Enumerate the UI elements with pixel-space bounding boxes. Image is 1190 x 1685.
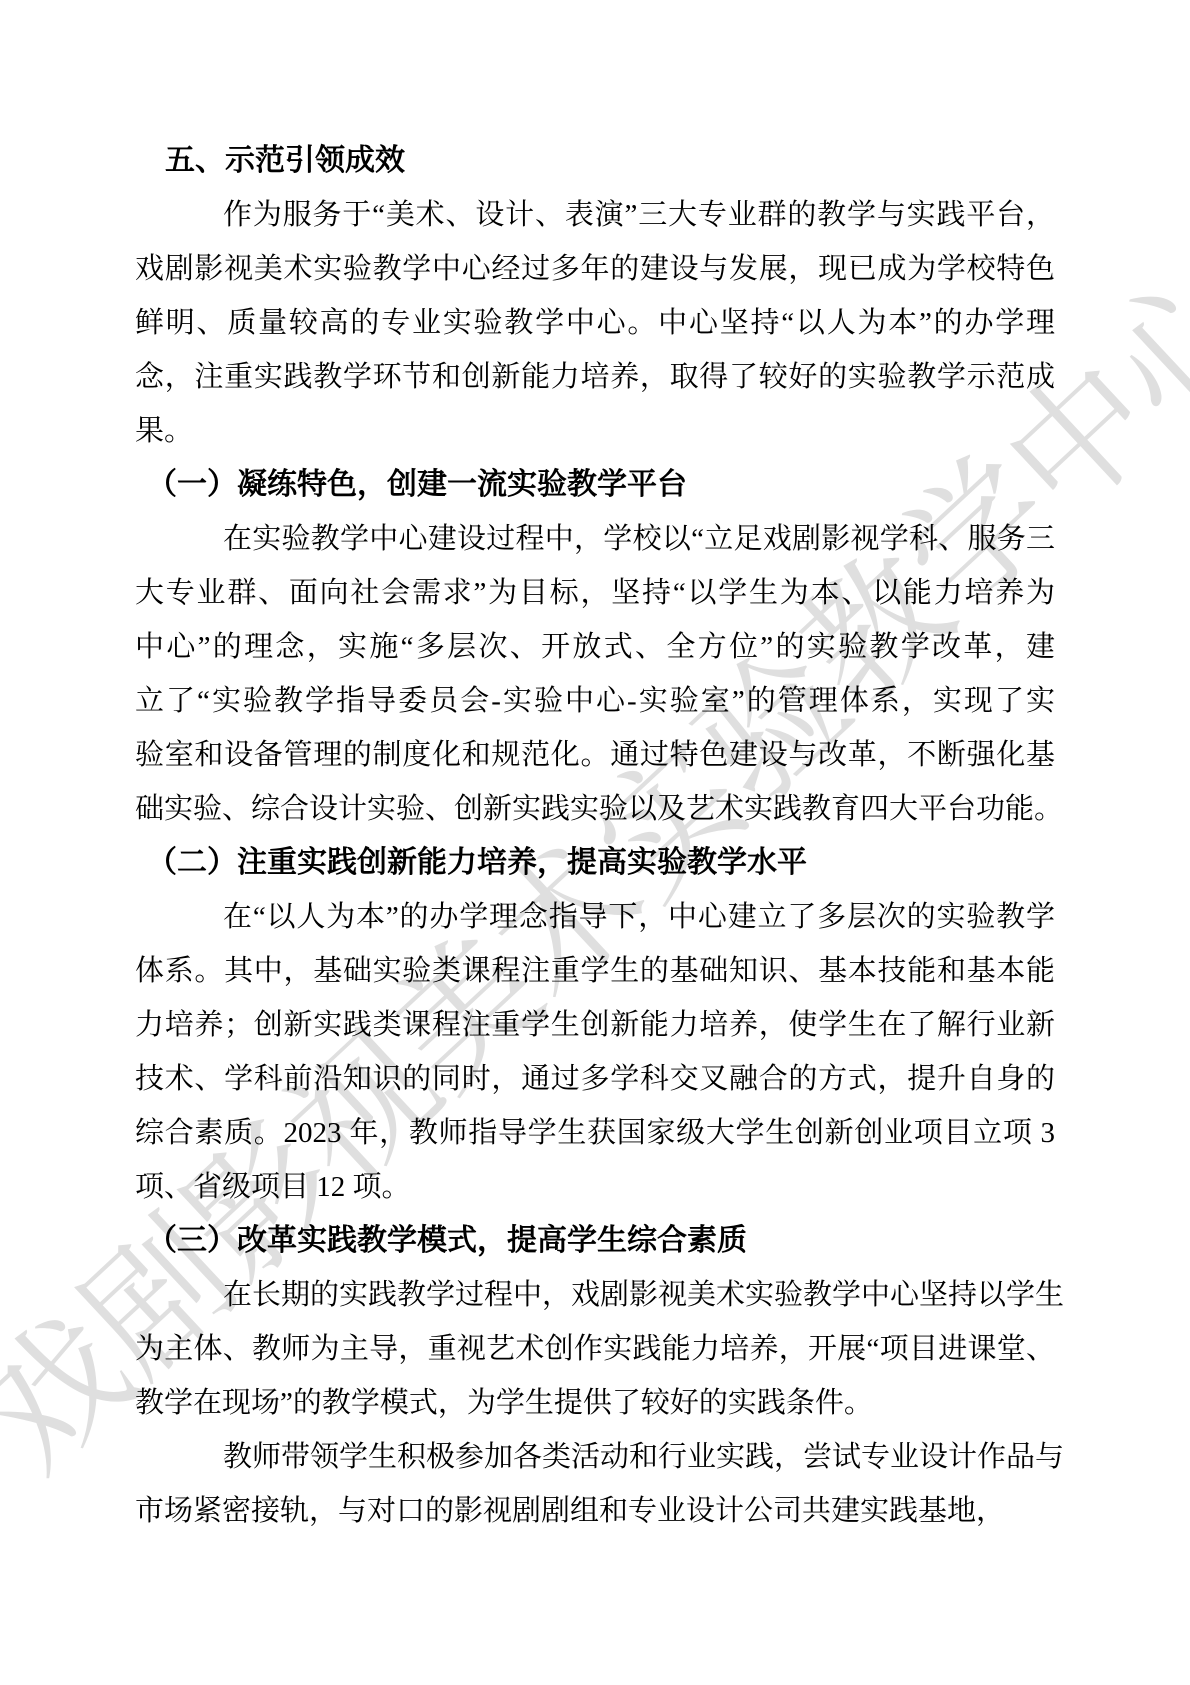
text-line: 在实验教学中心建设过程中，学校以“立足戏剧影视学科、服务三: [135, 512, 1055, 566]
text-line: 综合素质。2023 年，教师指导学生获国家级大学生创新创业项目立项 3: [135, 1106, 1055, 1160]
text-line: 础实验、综合设计实验、创新实践实验以及艺术实践教育四大平台功能。: [135, 782, 1055, 836]
text-line: 果。: [135, 404, 1055, 458]
text-line: 戏剧影视美术实验教学中心经过多年的建设与发展，现已成为学校特色: [135, 242, 1055, 296]
text-line: 技术、学科前沿知识的同时，通过多学科交叉融合的方式，提升自身的: [135, 1052, 1055, 1106]
section-heading-er: （二）注重实践创新能力培养，提高实验教学水平: [135, 836, 1055, 890]
text-line: 在“以人为本”的办学理念指导下，中心建立了多层次的实验教学: [135, 890, 1055, 944]
text-line: 力培养；创新实践类课程注重学生创新能力培养，使学生在了解行业新: [135, 998, 1055, 1052]
text-line: 大专业群、面向社会需求”为目标，坚持“以学生为本、以能力培养为: [135, 566, 1055, 620]
text-line: 中心”的理念，实施“多层次、开放式、全方位”的实验教学改革，建: [135, 620, 1055, 674]
text-line: 市场紧密接轨，与对口的影视剧剧组和专业设计公司共建实践基地，: [135, 1484, 1055, 1538]
text-line: 念，注重实践教学环节和创新能力培养，取得了较好的实验教学示范成: [135, 350, 1055, 404]
section-heading-level1: 五、示范引领成效: [135, 134, 1055, 188]
section-heading-yi: （一）凝练特色，创建一流实验教学平台: [135, 458, 1055, 512]
document-page: 戏剧影视美术实验教学中心 五、示范引领成效 作为服务于“美术、设计、表演”三大专…: [0, 0, 1190, 1685]
text-line: 验室和设备管理的制度化和规范化。通过特色建设与改革，不断强化基: [135, 728, 1055, 782]
text-line: 教学在现场”的教学模式，为学生提供了较好的实践条件。: [135, 1376, 1055, 1430]
text-line: 教师带领学生积极参加各类活动和行业实践，尝试专业设计作品与: [135, 1430, 1055, 1484]
text-line: 为主体、教师为主导，重视艺术创作实践能力培养，开展“项目进课堂、: [135, 1322, 1055, 1376]
text-line: 项、省级项目 12 项。: [135, 1160, 1055, 1214]
text-line: 立了“实验教学指导委员会-实验中心-实验室”的管理体系，实现了实: [135, 674, 1055, 728]
text-line: 体系。其中，基础实验类课程注重学生的基础知识、基本技能和基本能: [135, 944, 1055, 998]
section-heading-san: （三）改革实践教学模式，提高学生综合素质: [135, 1214, 1055, 1268]
text-line: 在长期的实践教学过程中，戏剧影视美术实验教学中心坚持以学生: [135, 1268, 1055, 1322]
document-body: 五、示范引领成效 作为服务于“美术、设计、表演”三大专业群的教学与实践平台， 戏…: [135, 134, 1055, 1538]
text-line: 鲜明、质量较高的专业实验教学中心。中心坚持“以人为本”的办学理: [135, 296, 1055, 350]
text-line: 作为服务于“美术、设计、表演”三大专业群的教学与实践平台，: [135, 188, 1055, 242]
